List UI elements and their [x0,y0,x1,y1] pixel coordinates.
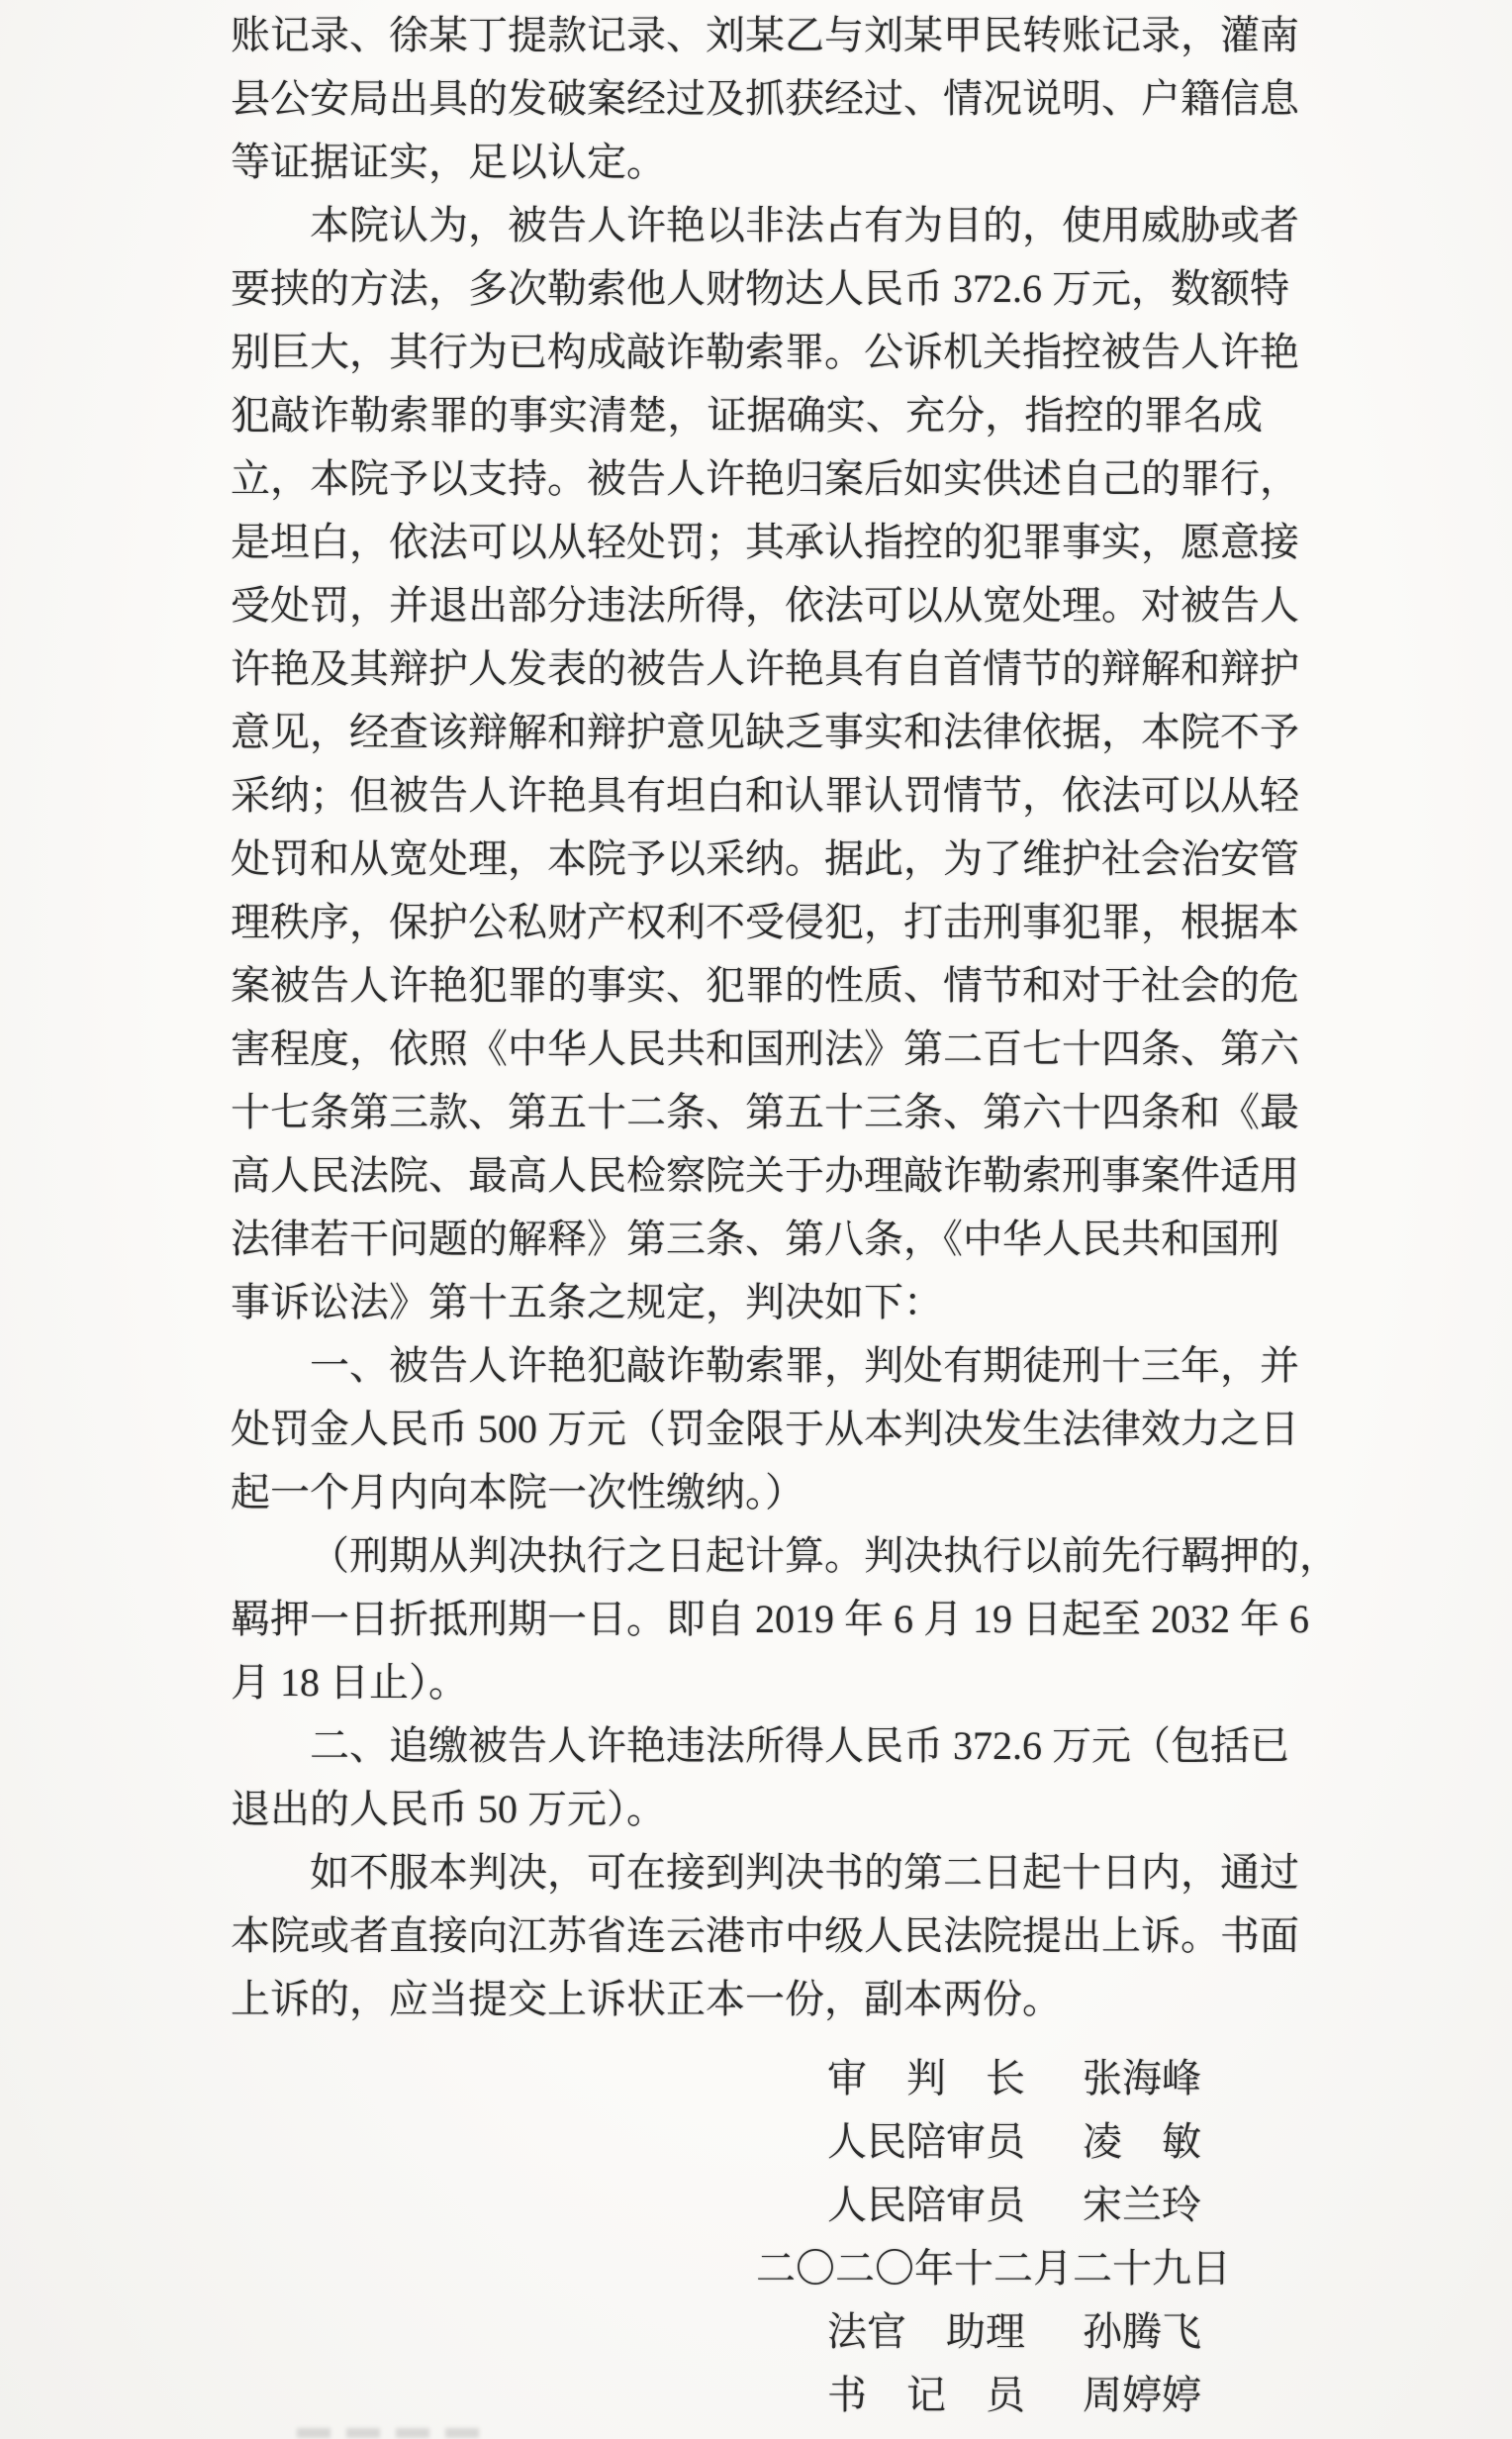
signature-role: 人民陪审员 [827,2183,1025,2227]
signature-row-judge-assistant: 法官 助理孙腾飞 [231,2300,1263,2364]
signature-row-presiding-judge: 审 判 长张海峰 [231,2047,1263,2110]
signature-row-assessor-2: 人民陪审员宋兰玲 [231,2174,1263,2237]
judgment-line: 如不服本判决，可在接到判决书的第二日起十日内，通过 [231,1841,1263,1904]
signature-row-court-clerk: 书 记 员周婷婷 [231,2364,1263,2427]
judgment-line: （刑期从判决执行之日起计算。判决执行以前先行羁押的， [231,1524,1263,1588]
judgment-line: 等证据证实，足以认定。 [231,131,1263,194]
judgment-line: 案被告人许艳犯罪的事实、犯罪的性质、情节和对于社会的危 [231,954,1263,1018]
judgment-line: 县公安局出具的发破案经过及抓获经过、情况说明、户籍信息 [231,67,1263,131]
signature-name: 宋兰玲 [1083,2183,1201,2227]
cutoff-glyph-fragment [396,2428,429,2438]
judgment-line: 事诉讼法》第十五条之规定，判决如下： [231,1271,1263,1334]
signature-role: 审 判 长 [827,2056,1025,2100]
cutoff-glyph-fragment [297,2428,331,2438]
judgment-line: 上诉的，应当提交上诉状正本一份，副本两份。 [231,1968,1263,2031]
judgment-line: 月 18 日止）。 [231,1651,1263,1714]
signature-name: 凌 敏 [1083,2119,1201,2164]
signature-role: 人民陪审员 [827,2119,1025,2164]
signature-row-assessor-1: 人民陪审员凌 敏 [231,2110,1263,2174]
signature-name: 张海峰 [1083,2056,1201,2100]
judgment-line: 十七条第三款、第五十二条、第五十三条、第六十四条和《最 [231,1081,1263,1144]
judgment-line: 处罚金人民币 500 万元（罚金限于从本判决发生法律效力之日 [231,1398,1263,1461]
para-term-calculation: （刑期从判决执行之日起计算。判决执行以前先行羁押的， 羁押一日折抵刑期一日。即自… [231,1524,1263,1714]
judgment-line: 理秩序，保护公私财产权利不受侵犯，打击刑事犯罪，根据本 [231,891,1263,954]
judgment-line: 意见，经查该辩解和辩护意见缺乏事实和法律依据，本院不予 [231,701,1263,764]
judgment-line: 本院或者直接向江苏省连云港市中级人民法院提出上诉。书面 [231,1904,1263,1968]
judgment-line: 法律若干问题的解释》第三条、第八条，《中华人民共和国刑 [231,1208,1263,1271]
judgment-line: 处罚和从宽处理，本院予以采纳。据此，为了维护社会治安管 [231,828,1263,891]
signature-role: 书 记 员 [827,2373,1025,2417]
judgment-line: 别巨大，其行为已构成敲诈勒索罪。公诉机关指控被告人许艳 [231,321,1263,384]
judgment-line: 本院认为，被告人许艳以非法占有为目的，使用威胁或者 [231,194,1263,257]
court-judgment-scan-page: 账记录、徐某丁提款记录、刘某乙与刘某甲民转账记录，灌南 县公安局出具的发破案经过… [0,0,1512,2439]
signature-name: 孙腾飞 [1083,2309,1201,2354]
judgment-line: 犯敲诈勒索罪的事实清楚，证据确实、充分，指控的罪名成 [231,384,1263,447]
para-court-opinion: 本院认为，被告人许艳以非法占有为目的，使用威胁或者 要挟的方法，多次勒索他人财物… [231,194,1263,1334]
judgment-text-block: 账记录、徐某丁提款记录、刘某乙与刘某甲民转账记录，灌南 县公安局出具的发破案经过… [231,4,1263,2427]
para-appeal-notice: 如不服本判决，可在接到判决书的第二日起十日内，通过 本院或者直接向江苏省连云港市… [231,1841,1263,2031]
judgment-line: 起一个月内向本院一次性缴纳。） [231,1461,1263,1524]
judgment-line: 害程度，依照《中华人民共和国刑法》第二百七十四条、第六 [231,1018,1263,1081]
judgment-date-line: 二〇二〇年十二月二十九日 [231,2237,1263,2300]
judgment-line: 高人民法院、最高人民检察院关于办理敲诈勒索刑事案件适用 [231,1144,1263,1208]
judgment-line: 采纳；但被告人许艳具有坦白和认罪认罚情节，依法可以从轻 [231,764,1263,828]
signature-role: 法官 助理 [827,2309,1025,2354]
judgment-line: 账记录、徐某丁提款记录、刘某乙与刘某甲民转账记录，灌南 [231,4,1263,67]
para-evidence-conclusion: 账记录、徐某丁提款记录、刘某乙与刘某甲民转账记录，灌南 县公安局出具的发破案经过… [231,4,1263,194]
judgment-line: 受处罚，并退出部分违法所得，依法可以从宽处理。对被告人 [231,574,1263,637]
judgment-line: 立，本院予以支持。被告人许艳归案后如实供述自己的罪行， [231,447,1263,511]
judgment-line: 二、追缴被告人许艳违法所得人民币 372.6 万元（包括已 [231,1714,1263,1778]
judgment-line: 要挟的方法，多次勒索他人财物达人民币 372.6 万元，数额特 [231,257,1263,321]
signature-block: 审 判 长张海峰 人民陪审员凌 敏 人民陪审员宋兰玲 二〇二〇年十二月二十九日 … [231,2047,1263,2427]
judgment-line: 许艳及其辩护人发表的被告人许艳具有自首情节的辩解和辩护 [231,637,1263,701]
cutoff-partial-next-line [297,2428,515,2439]
judgment-line: 羁押一日折抵刑期一日。即自 2019 年 6 月 19 日起至 2032 年 6 [231,1588,1263,1651]
para-sentence-item-1: 一、被告人许艳犯敲诈勒索罪，判处有期徒刑十三年，并 处罚金人民币 500 万元（… [231,1334,1263,1524]
cutoff-glyph-fragment [445,2428,479,2438]
para-sentence-item-2: 二、追缴被告人许艳违法所得人民币 372.6 万元（包括已 退出的人民币 50 … [231,1714,1263,1841]
signature-name: 周婷婷 [1083,2373,1201,2417]
judgment-line: 一、被告人许艳犯敲诈勒索罪，判处有期徒刑十三年，并 [231,1334,1263,1398]
cutoff-glyph-fragment [346,2428,380,2438]
judgment-line: 退出的人民币 50 万元）。 [231,1778,1263,1841]
judgment-line: 是坦白，依法可以从轻处罚；其承认指控的犯罪事实，愿意接 [231,511,1263,574]
